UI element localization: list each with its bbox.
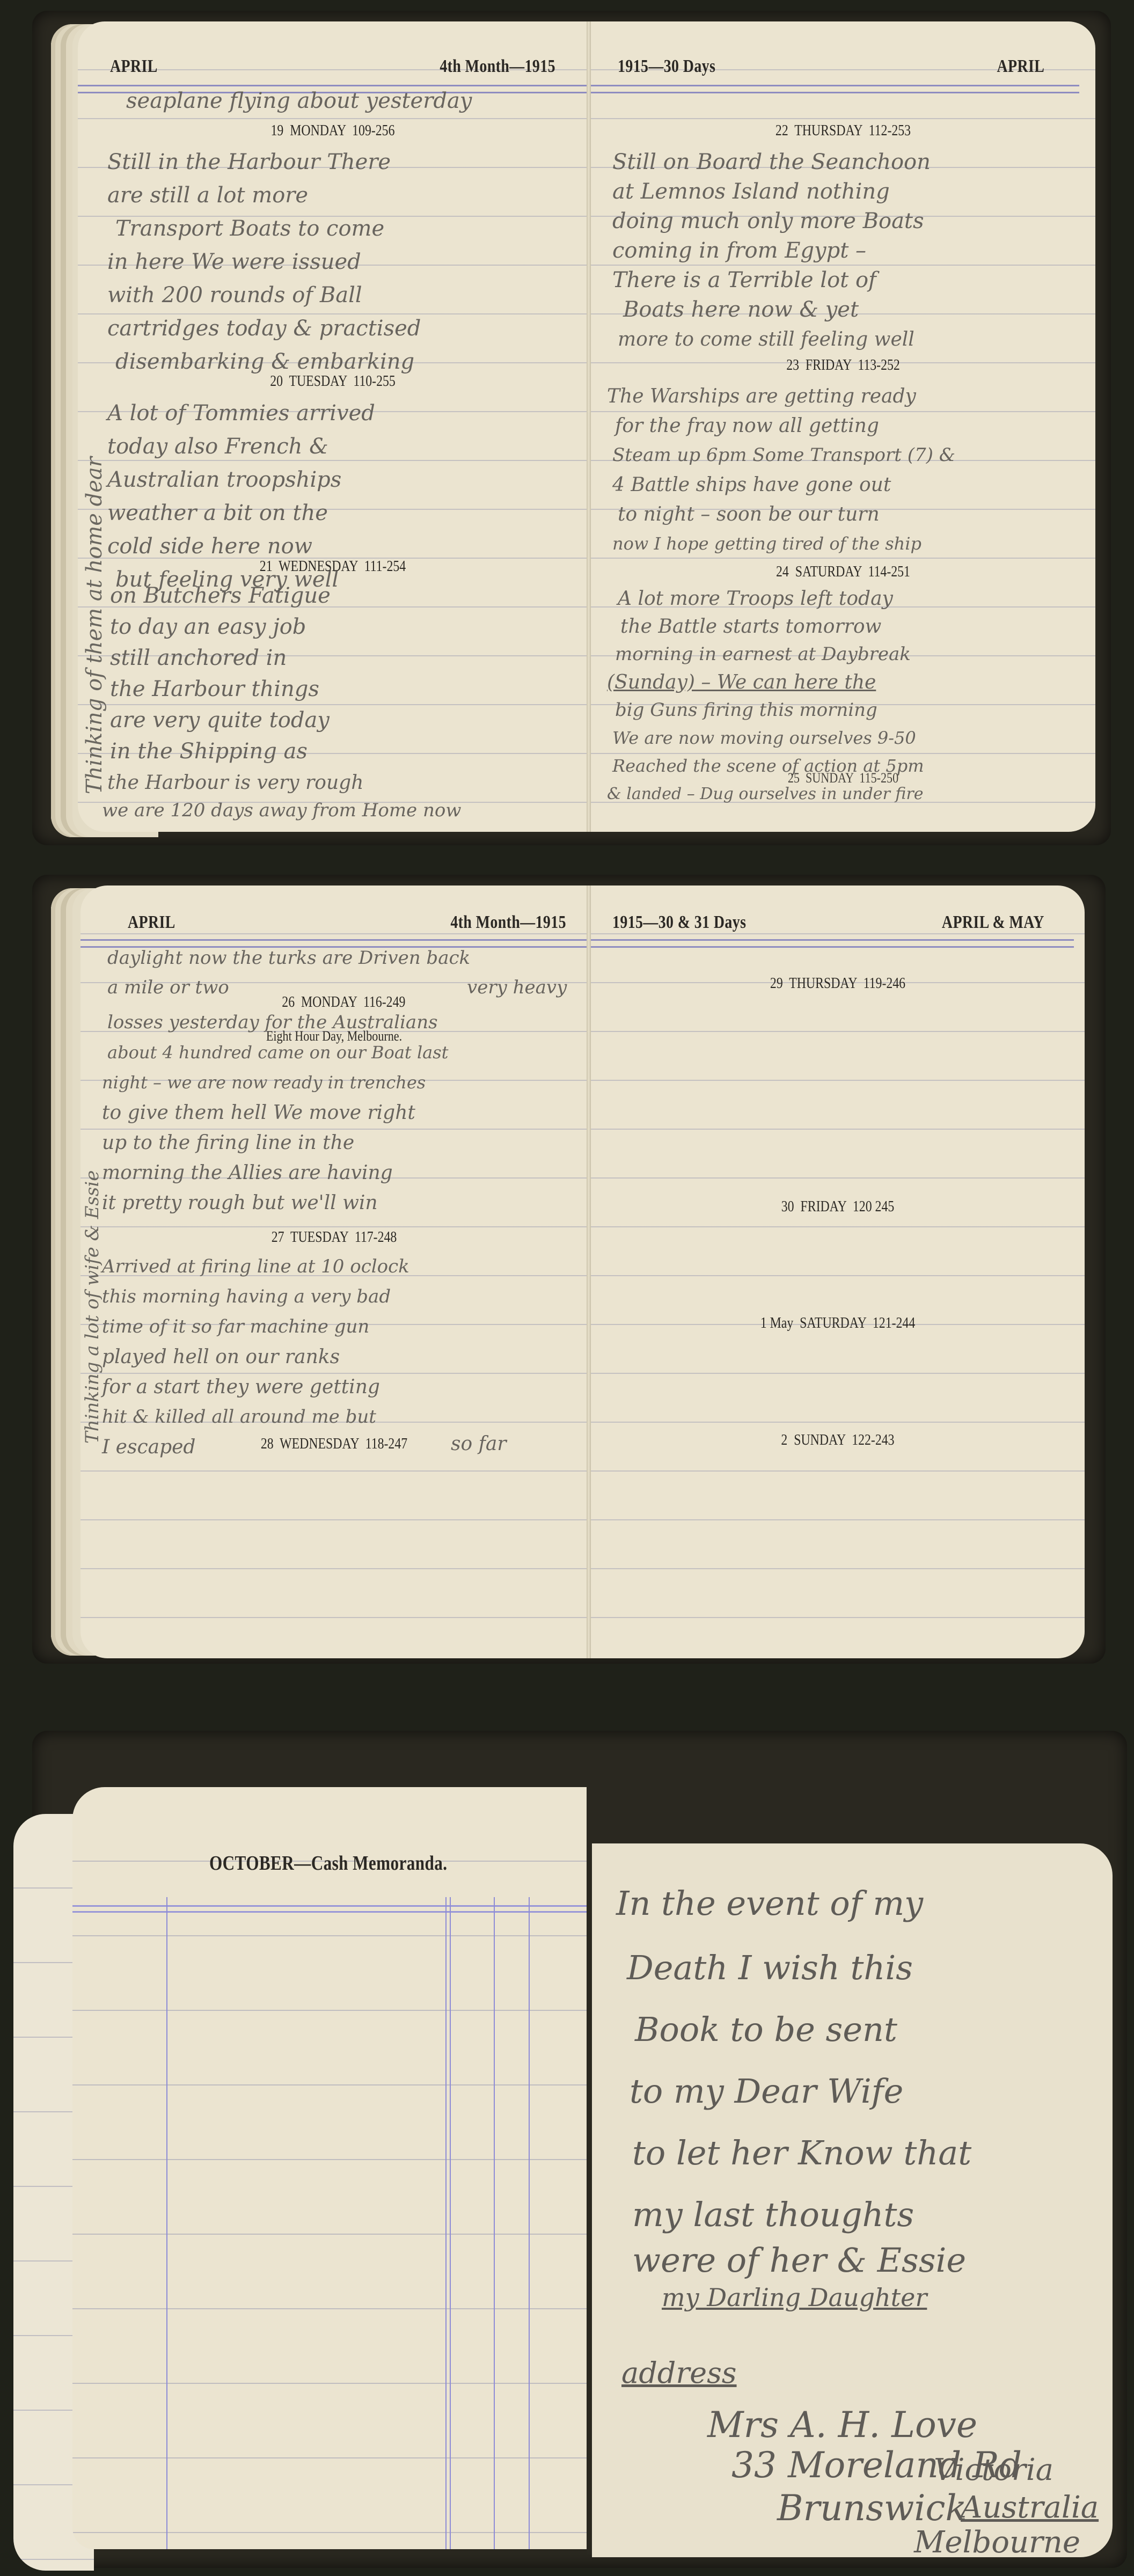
letter-line: to my Dear Wife <box>630 2058 903 2124</box>
address-line: Brunswick <box>777 2487 967 2529</box>
entry-line: Boats here now & yet <box>623 294 859 326</box>
diary-spread-3: OCTOBER—Cash Memoranda. In the event of … <box>0 1717 1134 2576</box>
letter-line: Book to be sent <box>635 1996 897 2062</box>
header-month-number: 4th Month—1915 <box>450 912 566 933</box>
ledger-column-line <box>445 1897 447 2549</box>
entry-line: in here We were issued <box>107 246 361 279</box>
entry-line: A lot of Tommies arrived <box>107 397 375 430</box>
ledger-column-line <box>494 1897 495 2549</box>
entry-line: on Butchers Fatigue <box>110 580 331 612</box>
header-days: 1915—30 & 31 Days <box>612 912 746 933</box>
entry-line: we are 120 days away from Home now <box>102 794 461 827</box>
header-rule <box>72 1905 588 1913</box>
entry-line: this morning having a very bad <box>102 1280 391 1313</box>
entry-line: 4 Battle ships have gone out <box>612 469 891 501</box>
entry-line: to night – soon be our turn <box>618 498 880 531</box>
handwritten-line: daylight now the turks are Driven back <box>107 942 470 975</box>
entry-line: it pretty rough but we'll win <box>102 1187 378 1219</box>
day-heading: 25 SUNDAY 115-250 <box>629 770 1058 786</box>
ledger-column-line <box>166 1897 167 2549</box>
entry-line: with 200 rounds of Ball <box>107 279 362 312</box>
header-month: APRIL <box>110 56 158 77</box>
header-days: 1915—30 Days <box>618 56 715 77</box>
left-page: APRIL 4th Month—1915 daylight now the tu… <box>81 885 588 1658</box>
address-line: Mrs A. H. Love <box>707 2404 977 2446</box>
entry-line: coming in from Egypt – <box>612 235 866 267</box>
day-heading: 19 MONDAY 109-256 <box>116 122 550 140</box>
inside-cover-page: In the event of my Death I wish this Boo… <box>592 1843 1113 2557</box>
day-heading: 21 WEDNESDAY 111-254 <box>116 558 550 575</box>
entry-line: to give them hell We move right <box>102 1096 415 1129</box>
entry-line: still anchored in <box>110 642 287 675</box>
entry-line: Steam up 6pm Some Transport (7) & <box>612 439 955 472</box>
entry-line: in the Shipping as <box>110 735 308 768</box>
handwritten-line: seaplane flying about yesterday <box>126 85 472 118</box>
day-heading: 29 THURSDAY 119-246 <box>628 975 1048 992</box>
address-line: Melbourne <box>914 2525 1080 2560</box>
entry-line: more to come still feeling well <box>618 323 914 356</box>
diary-spread-2: APRIL 4th Month—1915 daylight now the tu… <box>0 869 1134 1674</box>
header-month: APRIL & MAY <box>942 912 1044 933</box>
address-label: address <box>621 2356 737 2390</box>
entry-line: the Harbour things <box>110 673 319 706</box>
entry-line: now I hope getting tired of the ship <box>612 528 921 560</box>
entry-line: night – we are now ready in trenches <box>102 1066 426 1099</box>
entry-line: for a start they were getting <box>102 1371 380 1403</box>
day-heading: 20 TUESDAY 110-255 <box>116 373 550 390</box>
left-page: APRIL 4th Month—1915 seaplane flying abo… <box>78 21 588 832</box>
gutter <box>587 1787 592 2555</box>
entry-line: weather a bit on the <box>107 497 328 530</box>
letter-line: my Darling Daughter <box>662 2265 927 2331</box>
entry-line: Australian troopships <box>107 464 341 496</box>
entry-line: Still on Board the Seanchoon <box>612 146 931 179</box>
entry-line: Still in the Harbour There <box>107 146 391 179</box>
entry-line: morning the Allies are having <box>102 1157 393 1189</box>
entry-line: There is a Terrible lot of <box>612 264 876 297</box>
gutter <box>587 885 591 1658</box>
entry-line: up to the firing line in the <box>102 1126 354 1159</box>
day-heading: 24 SATURDAY 114-251 <box>629 563 1058 581</box>
entry-line: doing much only more Boats <box>612 205 924 238</box>
entry-line: today also French & <box>107 430 328 463</box>
letter-line: In the event of my <box>616 1870 923 1936</box>
day-heading: 27 TUESDAY 117-248 <box>119 1229 550 1246</box>
day-heading: 30 FRIDAY 120 245 <box>628 1198 1048 1216</box>
entry-line: for the fray now all getting <box>615 409 879 442</box>
header-month: APRIL <box>997 56 1044 77</box>
entry-line: at Lemnos Island nothing <box>612 175 890 208</box>
gutter <box>587 21 591 832</box>
header-month-number: 4th Month—1915 <box>440 56 555 77</box>
margin-note: Thinking of them at home dear <box>82 457 107 794</box>
header-rule <box>591 939 1074 948</box>
ledger-column-line <box>450 1897 451 2549</box>
letter-line: Death I wish this <box>627 1935 913 2001</box>
right-page: 1915—30 Days APRIL 22 THURSDAY 112-253 S… <box>591 21 1095 832</box>
entry-line: about 4 hundred came on our Boat last <box>107 1036 449 1069</box>
right-page: 1915—30 & 31 Days APRIL & MAY 29 THURSDA… <box>591 885 1085 1658</box>
entry-line: Arrived at firing line at 10 oclock <box>102 1250 409 1283</box>
diary-spread-1: APRIL 4th Month—1915 seaplane flying abo… <box>0 0 1134 848</box>
entry-line: losses yesterday for the Australians <box>107 1006 438 1039</box>
address-line: Australia <box>961 2490 1099 2525</box>
header-month: APRIL <box>128 912 175 933</box>
letter-line: to let her Know that <box>632 2120 971 2186</box>
entry-line: are very quite today <box>110 704 330 737</box>
ledger-column-line <box>529 1897 530 2549</box>
entry-line: Transport Boats to come <box>115 213 384 245</box>
day-heading: 1 May SATURDAY 121-244 <box>628 1315 1048 1332</box>
header-rule <box>591 85 1079 93</box>
handwritten-line: very heavy <box>467 971 567 1004</box>
cash-memoranda-page: OCTOBER—Cash Memoranda. <box>72 1787 588 2549</box>
day-heading: 22 THURSDAY 112-253 <box>629 122 1058 140</box>
entry-line: to day an easy job <box>110 611 306 643</box>
day-heading: 23 FRIDAY 113-252 <box>629 357 1058 374</box>
day-heading: 28 WEDNESDAY 118-247 <box>119 1436 550 1453</box>
entry-line: played hell on our ranks <box>102 1341 340 1373</box>
day-heading: 2 SUNDAY 122-243 <box>628 1432 1048 1449</box>
entry-line: time of it so far machine gun <box>102 1311 369 1343</box>
margin-note: Thinking a lot of wife & Essie <box>82 1170 103 1444</box>
entry-line: The Warships are getting ready <box>607 380 916 413</box>
entry-line: hit & killed all around me but <box>102 1401 376 1433</box>
page-title: OCTOBER—Cash Memoranda. <box>209 1851 447 1875</box>
entry-line: are still a lot more <box>107 179 308 212</box>
entry-line: cartridges today & practised <box>107 312 421 345</box>
address-line: Victoria <box>934 2453 1053 2487</box>
